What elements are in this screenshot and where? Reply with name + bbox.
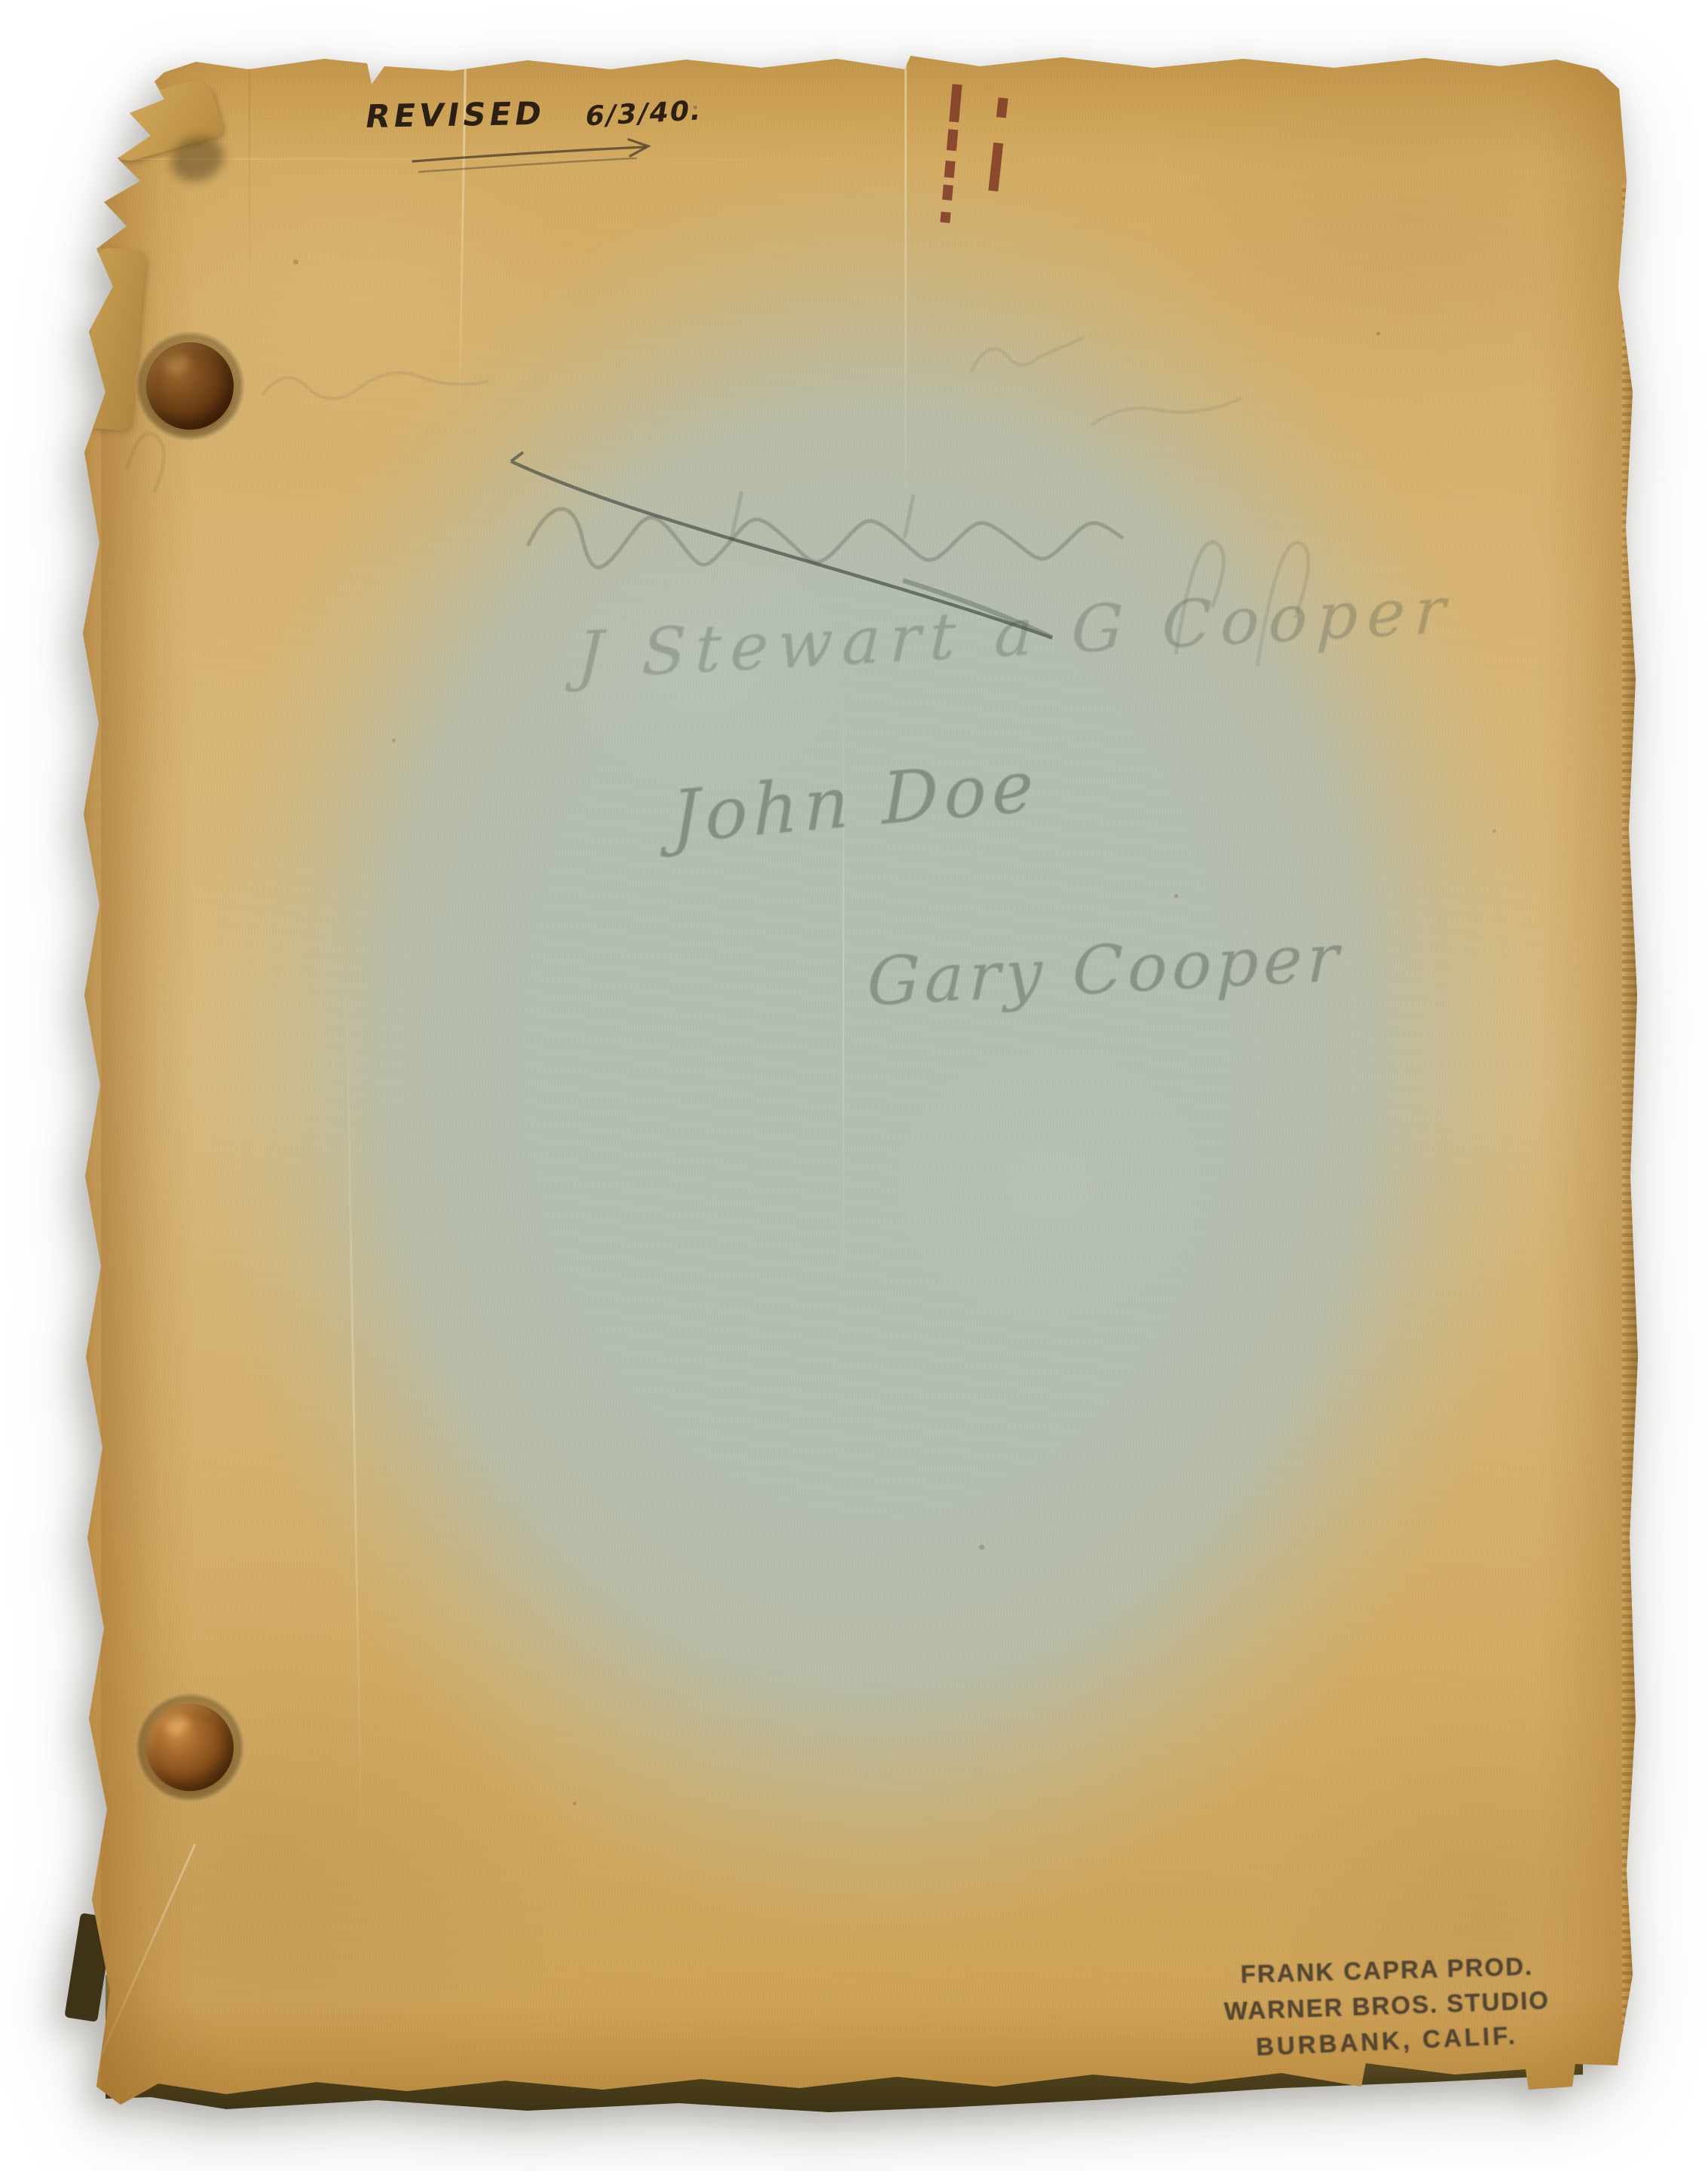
- paper-crease: [345, 980, 363, 1847]
- brass-brad-top: [146, 342, 234, 430]
- studio-stamp: FRANK CAPRA PROD. WARNER BROS. STUDIO BU…: [1214, 1952, 1560, 2059]
- pencil-names-line: J Stewart a G Cooper: [576, 572, 1455, 694]
- ghost-pencil-traces: [262, 338, 1242, 425]
- photo-scene: REVISED 6/3/40. J Stewart a G Cooper Joh…: [0, 0, 1708, 2171]
- paper-mottling: [81, 48, 1642, 2114]
- paper-crease: [90, 158, 905, 160]
- brass-brad-bottom: [146, 1704, 234, 1791]
- paper-crease: [249, 48, 250, 305]
- right-page-edges: [1622, 184, 1642, 2053]
- revision-label: REVISED: [363, 95, 548, 135]
- object-shadow-wrap: REVISED 6/3/40. J Stewart a G Cooper Joh…: [0, 0, 1708, 2171]
- pencil-actor-line: Gary Cooper: [867, 918, 1344, 1021]
- revision-date: 6/3/40.: [583, 95, 706, 132]
- paper-crease: [905, 64, 907, 531]
- handwritten-revision-note: REVISED 6/3/40.: [366, 92, 702, 135]
- torn-corner-flap: [99, 76, 225, 165]
- pencil-and-crayon-annotations: [81, 48, 1642, 2114]
- tear-shadow: [164, 129, 230, 188]
- red-crayon-marks: [944, 84, 1003, 229]
- pencil-title-line: John Doe: [671, 746, 1039, 860]
- script-cover: REVISED 6/3/40. J Stewart a G Cooper Joh…: [81, 48, 1642, 2114]
- paper-grain: [81, 48, 1642, 2114]
- left-fold-shading: [101, 48, 160, 2114]
- torn-edge-flap: [83, 247, 147, 432]
- pencil-underline-arrow: [413, 139, 648, 172]
